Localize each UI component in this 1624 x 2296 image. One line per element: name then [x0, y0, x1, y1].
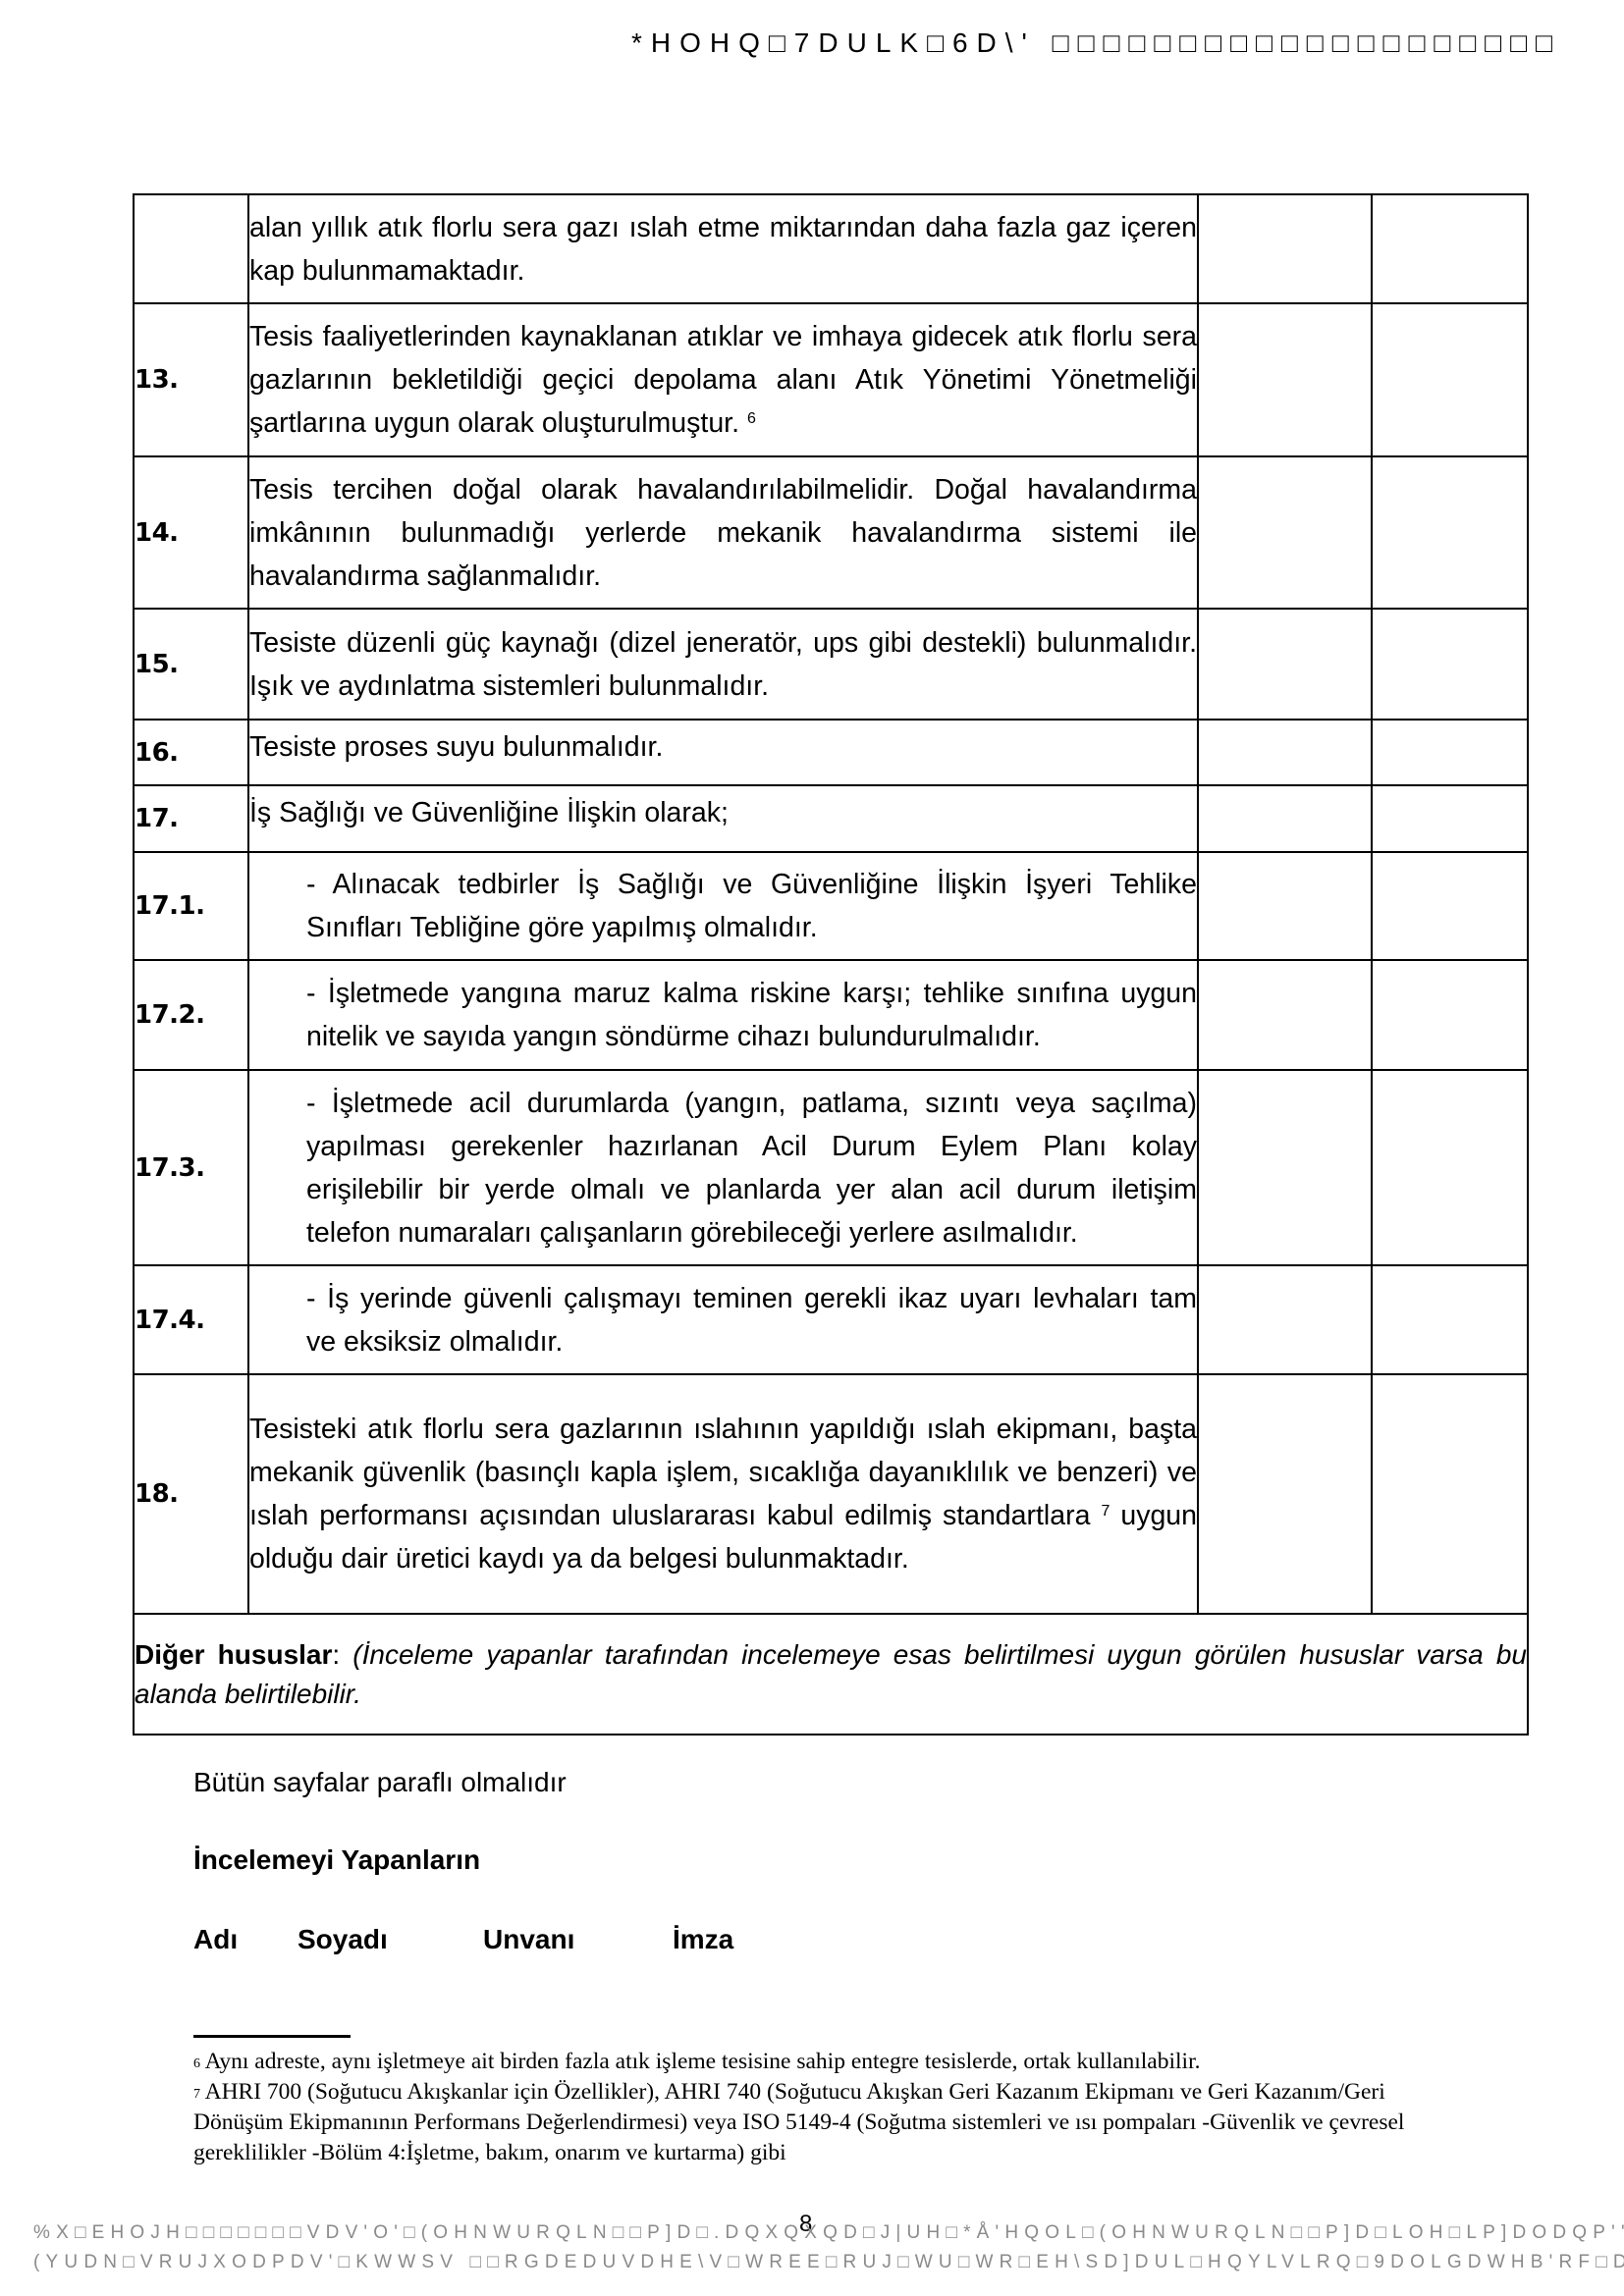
item-number: 13.	[134, 303, 248, 456]
check-cell-yes[interactable]	[1198, 720, 1372, 785]
item-text: Tesis tercihen doğal olarak havalandırıl…	[248, 456, 1198, 609]
item-number: 17.4.	[134, 1265, 248, 1374]
item-number: 17.3.	[134, 1070, 248, 1265]
table-row: 13. Tesis faaliyetlerinden kaynaklanan a…	[134, 303, 1528, 456]
table-row: 17.3. - İşletmede acil durumlarda (yangı…	[134, 1070, 1528, 1265]
table-row: 17. İş Sağlığı ve Güvenliğine İlişkin ol…	[134, 785, 1528, 852]
item-number: 15.	[134, 609, 248, 720]
item-number	[134, 194, 248, 303]
item-text: - İş yerinde güvenli çalışmayı teminen g…	[248, 1265, 1198, 1374]
item-text: Tesiste proses suyu bulunmalıdır.	[248, 720, 1198, 785]
signature-col-surname: Soyadı	[298, 1924, 388, 1955]
check-cell-yes[interactable]	[1198, 609, 1372, 720]
footnote-ref: 7	[1101, 1503, 1110, 1520]
check-cell-no[interactable]	[1372, 852, 1528, 960]
footnote-separator	[193, 2035, 351, 2038]
check-cell-yes[interactable]	[1198, 194, 1372, 303]
other-matters-note: (İnceleme yapanlar tarafından incelemeye…	[135, 1639, 1527, 1709]
footnote-item: 6 Aynı adreste, aynı işletmeye ait birde…	[193, 2047, 1460, 2077]
check-cell-no[interactable]	[1372, 1070, 1528, 1265]
item-number: 14.	[134, 456, 248, 609]
item-text: - Alınacak tedbirler İş Sağlığı ve Güven…	[248, 852, 1198, 960]
item-text: Tesis faaliyetlerinden kaynaklanan atıkl…	[248, 303, 1198, 456]
other-matters-field[interactable]: Diğer hususlar: (İnceleme yapanlar taraf…	[134, 1614, 1528, 1735]
checklist-table: alan yıllık atık florlu sera gazı ıslah …	[133, 193, 1529, 1735]
paraf-note: Bütün sayfalar paraflı olmalıdır	[193, 1767, 567, 1798]
check-cell-no[interactable]	[1372, 720, 1528, 785]
other-matters-label: Diğer hususlar	[135, 1639, 332, 1670]
check-cell-no[interactable]	[1372, 785, 1528, 852]
item-number: 17.1.	[134, 852, 248, 960]
check-cell-no[interactable]	[1372, 1265, 1528, 1374]
table-row-continuation: alan yıllık atık florlu sera gazı ıslah …	[134, 194, 1528, 303]
item-number: 17.	[134, 785, 248, 852]
running-header: *HOHQ□7DULK□6D\' □□□□□□□□□□□□□□□□□□□□	[631, 27, 1561, 59]
reviewers-heading: İncelemeyi Yapanların	[193, 1844, 480, 1876]
item-number: 16.	[134, 720, 248, 785]
signature-col-title: Unvanı	[483, 1924, 574, 1955]
item-text: Tesiste düzenli güç kaynağı (dizel jener…	[248, 609, 1198, 720]
table-row: 14. Tesis tercihen doğal olarak havaland…	[134, 456, 1528, 609]
item-text: - İşletmede yangına maruz kalma riskine …	[248, 960, 1198, 1070]
other-matters-row: Diğer hususlar: (İnceleme yapanlar taraf…	[134, 1614, 1528, 1735]
item-text: Tesisteki atık florlu sera gazlarının ıs…	[248, 1374, 1198, 1614]
table-row: 17.2. - İşletmede yangına maruz kalma ri…	[134, 960, 1528, 1070]
table-row: 15. Tesiste düzenli güç kaynağı (dizel j…	[134, 609, 1528, 720]
check-cell-yes[interactable]	[1198, 960, 1372, 1070]
signature-col-signature: İmza	[673, 1924, 733, 1955]
check-cell-yes[interactable]	[1198, 456, 1372, 609]
footnote-ref: 6	[747, 410, 756, 427]
item-number: 18.	[134, 1374, 248, 1614]
table-row: 16. Tesiste proses suyu bulunmalıdır.	[134, 720, 1528, 785]
check-cell-no[interactable]	[1372, 609, 1528, 720]
item-text: alan yıllık atık florlu sera gazı ıslah …	[248, 194, 1198, 303]
footnotes: 6 Aynı adreste, aynı işletmeye ait birde…	[193, 2047, 1460, 2168]
check-cell-yes[interactable]	[1198, 1070, 1372, 1265]
check-cell-yes[interactable]	[1198, 1265, 1372, 1374]
check-cell-no[interactable]	[1372, 1374, 1528, 1614]
check-cell-yes[interactable]	[1198, 1374, 1372, 1614]
check-cell-yes[interactable]	[1198, 852, 1372, 960]
footer-verification-line-1: %X□EHOJH□□□□□□□VDV'O'□(OHNWURQLN□□P]D□.D…	[33, 2222, 1624, 2244]
item-text: İş Sağlığı ve Güvenliğine İlişkin olarak…	[248, 785, 1198, 852]
table-row: 17.1. - Alınacak tedbirler İş Sağlığı ve…	[134, 852, 1528, 960]
signature-col-name: Adı	[193, 1924, 238, 1955]
item-text: - İşletmede acil durumlarda (yangın, pat…	[248, 1070, 1198, 1265]
footnote-item: 7 AHRI 700 (Soğutucu Akışkanlar için Öze…	[193, 2077, 1460, 2168]
check-cell-yes[interactable]	[1198, 303, 1372, 456]
check-cell-no[interactable]	[1372, 194, 1528, 303]
item-number: 17.2.	[134, 960, 248, 1070]
table-row: 18. Tesisteki atık florlu sera gazlarını…	[134, 1374, 1528, 1614]
footer-verification-line-2: (YUDN□VRUJXODPDV'□KWWSV □□RGDEDUVDHE\V□W…	[33, 2252, 1624, 2273]
check-cell-no[interactable]	[1372, 960, 1528, 1070]
table-row: 17.4. - İş yerinde güvenli çalışmayı tem…	[134, 1265, 1528, 1374]
check-cell-no[interactable]	[1372, 456, 1528, 609]
check-cell-yes[interactable]	[1198, 785, 1372, 852]
check-cell-no[interactable]	[1372, 303, 1528, 456]
